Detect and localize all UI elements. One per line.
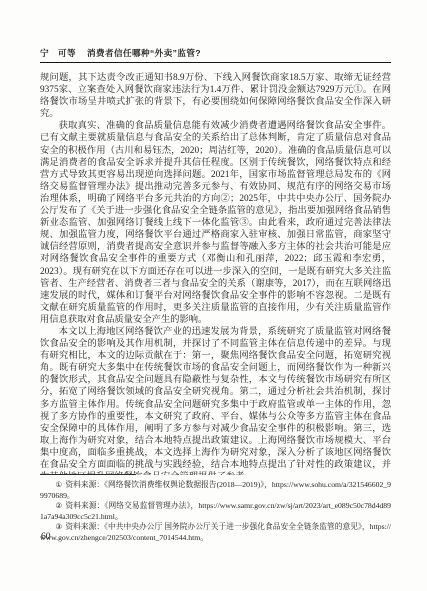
header-rule bbox=[40, 62, 391, 63]
running-header: 宁 可等 消费者信任哪种“外卖”监管? bbox=[40, 47, 391, 59]
footnote-3-text: 资料来源：《中共中央办公厅 国务院办公厅关于进一步强化食品安全全链条监管的意见》… bbox=[40, 522, 391, 542]
page-number: 60 bbox=[41, 531, 51, 542]
footnote-2: ②资料来源：《网络交易监督管理办法》，https://www.samr.gov.… bbox=[40, 501, 391, 522]
header-authors: 宁 可等 bbox=[40, 47, 76, 59]
page-body: 宁 可等 消费者信任哪种“外卖”监管? 规问题，其下达责令改正通知书8.9万份、… bbox=[40, 47, 391, 475]
footnote-divider bbox=[40, 474, 136, 475]
footnote-3: ③资料来源：《中共中央办公厅 国务院办公厅关于进一步强化食品安全全链条监管的意见… bbox=[40, 522, 391, 543]
footnotes-block: ①资料来源：《网络餐饮消费维权舆论数据报告(2018—2019)》，https:… bbox=[40, 474, 391, 544]
footnote-1-text: 资料来源：《网络餐饮消费维权舆论数据报告(2018—2019)》，https:/… bbox=[40, 480, 391, 500]
footnote-1-marker: ① bbox=[55, 480, 62, 489]
body-paragraph-literature: 获取真实、准确的食品质量信息能有效减少消费者遭遇网络餐饮食品安全事件。已有文献主… bbox=[40, 120, 391, 326]
footnote-2-text: 资料来源：《网络交易监督管理办法》，https://www.samr.gov.c… bbox=[40, 501, 391, 521]
footnote-1: ①资料来源：《网络餐饮消费维权舆论数据报告(2018—2019)》，https:… bbox=[40, 480, 391, 501]
footnote-3-marker: ③ bbox=[55, 522, 62, 531]
header-title: 消费者信任哪种“外卖”监管? bbox=[87, 47, 201, 59]
footnote-2-marker: ② bbox=[55, 501, 62, 510]
paper-page: 宁 可等 消费者信任哪种“外卖”监管? 规问题，其下达责令改正通知书8.9万份、… bbox=[0, 0, 427, 591]
body-paragraph-contribution: 本文以上海地区网络餐饮产业的迅速发展为背景，系统研究了质量监管对网络餐饮食品安全… bbox=[40, 326, 391, 475]
body-paragraph-continuation: 规问题，其下达责令改正通知书8.9万份、下线入网餐饮商家18.5万家、取缔无证经… bbox=[40, 72, 391, 120]
